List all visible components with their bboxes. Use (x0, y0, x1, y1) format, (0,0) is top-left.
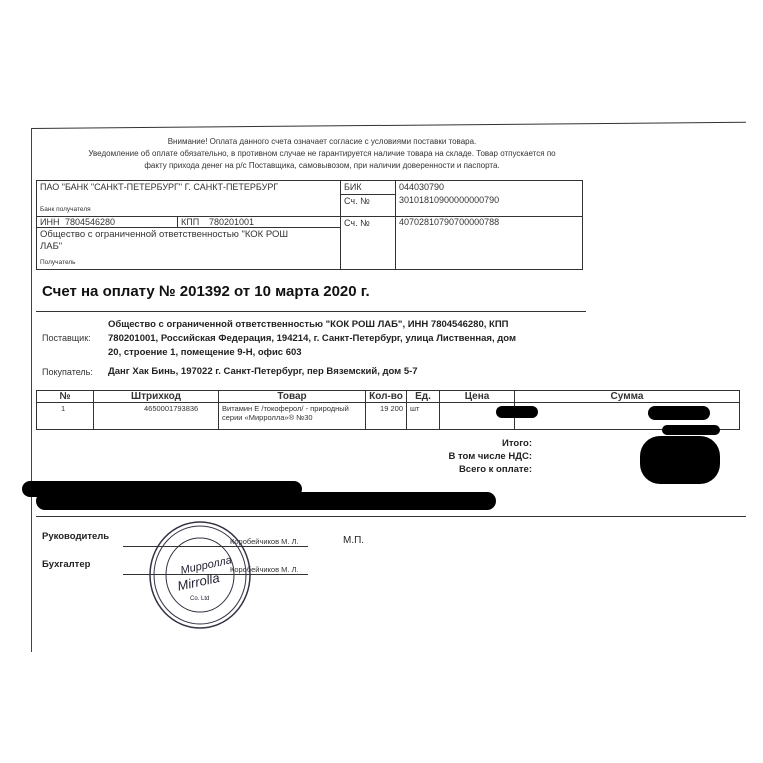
col-price: Цена (440, 391, 515, 403)
redaction-totals (640, 436, 720, 484)
payment-notice: Внимание! Оплата данного счета означает … (42, 136, 602, 172)
director-label: Руководитель (42, 531, 109, 542)
due-label: Всего к оплате: (400, 463, 532, 476)
redaction-sum (648, 406, 710, 420)
page-left-border (31, 128, 32, 652)
cell-unit: шт (407, 403, 440, 430)
divider (340, 194, 395, 195)
totals-block: Итого: В том числе НДС: Всего к оплате: (400, 437, 532, 476)
col-product: Товар (219, 391, 366, 403)
svg-text:Co. Ltd: Co. Ltd (190, 596, 209, 602)
items-table: № Штрихкод Товар Кол-во Ед. Цена Сумма 1… (36, 390, 740, 430)
total-label: Итого: (400, 437, 532, 450)
divider (395, 181, 396, 270)
col-sum: Сумма (515, 391, 740, 403)
notice-line-3: факту прихода денег на р/с Поставщика, с… (42, 160, 602, 172)
notice-line-1: Внимание! Оплата данного счета означает … (42, 136, 602, 148)
kpp-label: КПП (181, 217, 199, 227)
accountant-label: Бухгалтер (42, 559, 90, 570)
corr-account-value: 30101810900000000790 (399, 195, 499, 205)
col-barcode: Штрихкод (94, 391, 219, 403)
cell-num: 1 (37, 403, 94, 430)
col-qty: Кол-во (366, 391, 407, 403)
title-underline (36, 311, 586, 312)
table-header-row: № Штрихкод Товар Кол-во Ед. Цена Сумма (37, 391, 740, 403)
cell-barcode: 4650001793836 (94, 403, 219, 430)
col-num: № (37, 391, 94, 403)
redaction-price (496, 406, 538, 418)
cell-qty: 19 200 (366, 403, 407, 430)
col-unit: Ед. (407, 391, 440, 403)
redaction-mark (662, 425, 720, 435)
supplier-label: Поставщик: (42, 333, 91, 343)
corr-account-label: Сч. № (344, 196, 370, 206)
table-row: 1 4650001793836 Витамин Е /токоферол/ - … (37, 403, 740, 430)
inn-value: 7804546280 (65, 217, 115, 227)
recipient-name: Общество с ограниченной ответственностью… (40, 229, 310, 253)
bank-label: Банк получателя (40, 206, 91, 213)
account-value: 40702810790700000788 (399, 217, 499, 227)
inn-label: ИНН (40, 217, 59, 227)
account-label: Сч. № (344, 218, 370, 228)
buyer-value: Данг Хак Бинь, 197022 г. Санкт-Петербург… (108, 365, 418, 379)
buyer-label: Покупатель: (42, 367, 93, 377)
invoice-title: Счет на оплату № 201392 от 10 марта 2020… (42, 283, 370, 300)
bank-name: ПАО "БАНК "САНКТ-ПЕТЕРБУРГ" Г. САНКТ-ПЕТ… (40, 182, 278, 192)
recipient-label: Получатель (40, 259, 76, 266)
seal-label: М.П. (343, 535, 364, 546)
notice-line-2: Уведомление об оплате обязательно, в про… (42, 148, 602, 160)
supplier-line-2: 780201001, Российская Федерация, 194214,… (108, 332, 516, 346)
bank-details-table: ПАО "БАНК "САНКТ-ПЕТЕРБУРГ" Г. САНКТ-ПЕТ… (36, 180, 583, 270)
bik-label: БИК (344, 182, 362, 192)
redaction-amount-words-2 (36, 492, 496, 510)
signature-divider (36, 516, 746, 517)
vat-label: В том числе НДС: (400, 450, 532, 463)
company-stamp: Мирролла Mirrolla Co. Ltd (148, 520, 252, 630)
stamp-seal-icon: Мирролла Mirrolla Co. Ltd (148, 520, 252, 630)
kpp-value: 780201001 (209, 217, 254, 227)
page-top-border (31, 122, 746, 129)
divider (37, 227, 340, 228)
divider (177, 216, 178, 227)
supplier-line-1: Общество с ограниченной ответственностью… (108, 318, 508, 332)
supplier-line-3: 20, строение 1, помещение 9-Н, офис 603 (108, 346, 302, 360)
cell-product: Витамин Е /токоферол/ - природный серии … (219, 403, 366, 430)
bik-value: 044030790 (399, 182, 444, 192)
